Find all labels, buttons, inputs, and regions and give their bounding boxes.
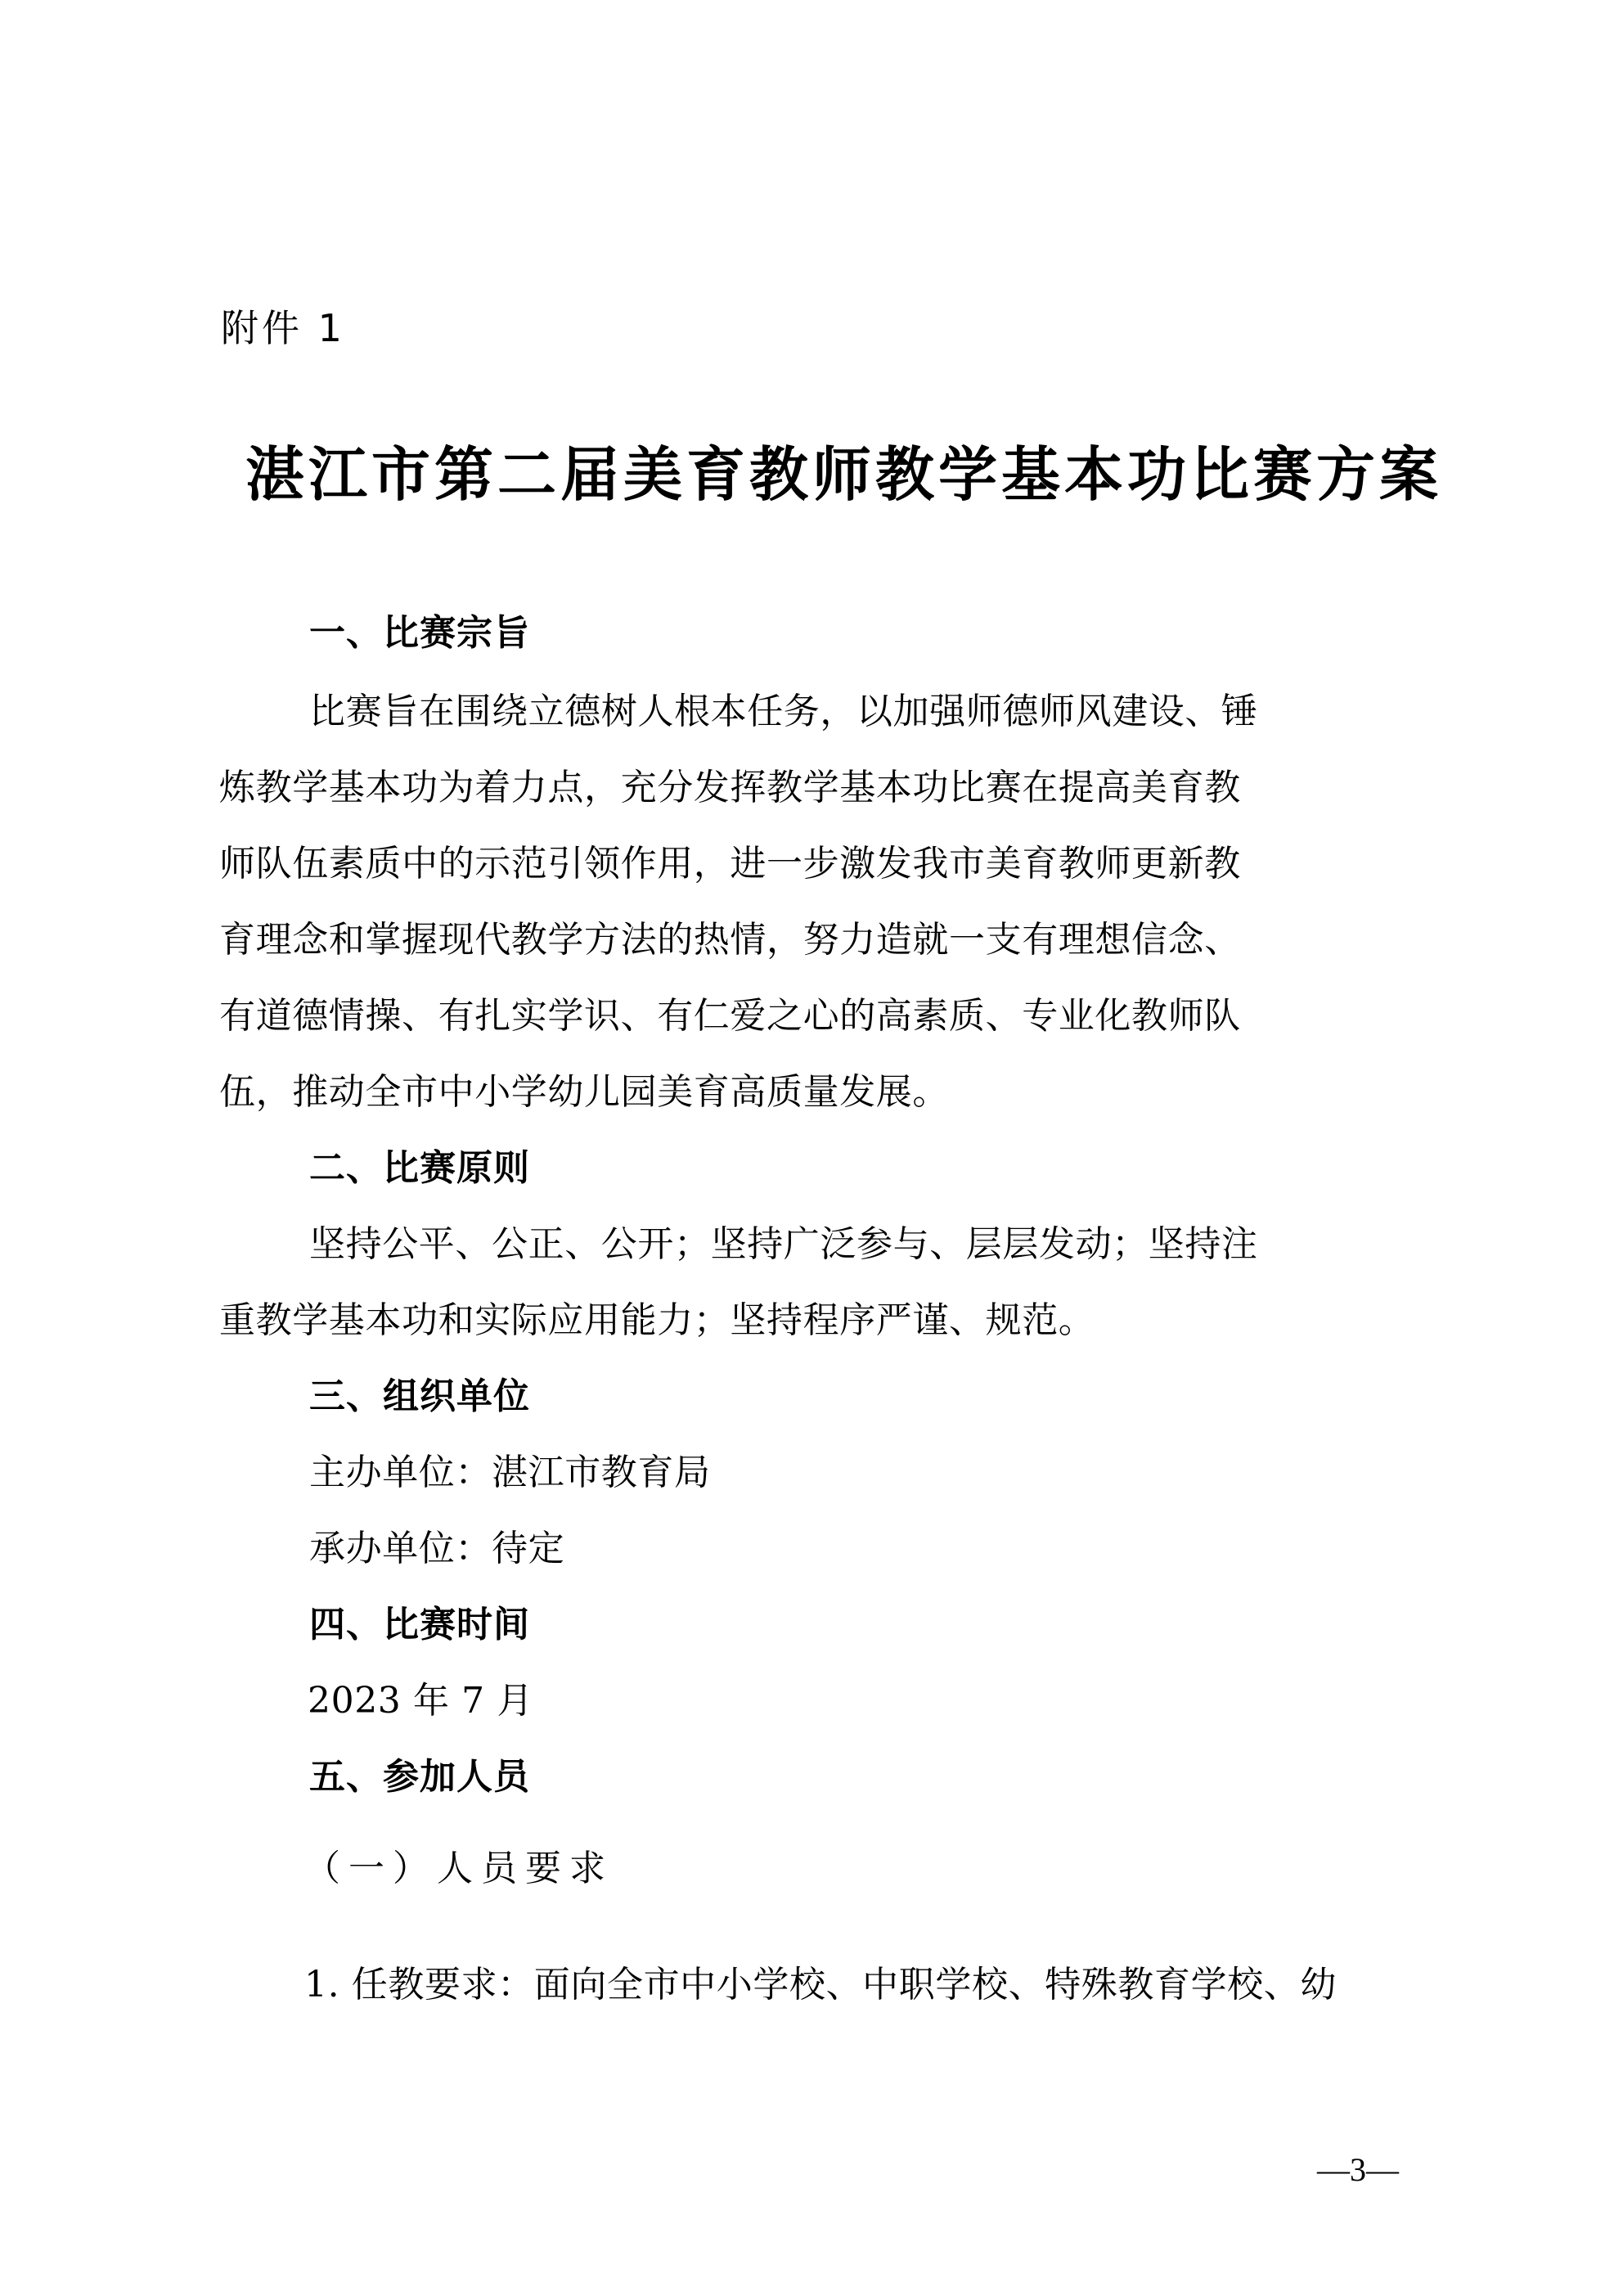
- section-heading-time: 四、比赛时间: [309, 1607, 530, 1643]
- organizer-host: 主办单位：湛江市教育局: [309, 1455, 711, 1491]
- document-title: 湛江市第二届美育教师教学基本功比赛方案: [245, 445, 1391, 504]
- document-page: 附件 1 湛江市第二届美育教师教学基本功比赛方案 一、比赛宗旨 比赛旨在围绕立德…: [0, 0, 1623, 2296]
- organizer-undertaker: 承办单位：待定: [309, 1531, 564, 1567]
- section-heading-participants: 五、参加人员: [309, 1759, 530, 1795]
- paragraph-line: 比赛旨在围绕立德树人根本任务，以加强师德师风建设、锤: [309, 694, 1258, 730]
- attachment-label: 附件 1: [221, 309, 345, 347]
- paragraph-line: 伍，推动全市中小学幼儿园美育高质量发展。: [219, 1074, 949, 1110]
- paragraph-line: 师队伍素质中的示范引领作用，进一步激发我市美育教师更新教: [219, 846, 1241, 882]
- section-heading-purpose: 一、比赛宗旨: [309, 615, 530, 651]
- section-heading-organizers: 三、组织单位: [309, 1379, 530, 1415]
- paragraph-line: 炼教学基本功为着力点，充分发挥教学基本功比赛在提高美育教: [219, 770, 1241, 806]
- subsection-heading-requirements: （一）人员要求: [304, 1851, 614, 1887]
- paragraph-line: 有道德情操、有扎实学识、有仁爱之心的高素质、专业化教师队: [219, 998, 1241, 1034]
- paragraph-line: 1. 任教要求：面向全市中小学校、中职学校、特殊教育学校、幼: [304, 1967, 1337, 2003]
- paragraph-line: 育理念和掌握现代教学方法的热情，努力造就一支有理想信念、: [219, 922, 1241, 958]
- page-number: —3—: [1317, 2154, 1399, 2186]
- paragraph-line: 坚持公平、公正、公开；坚持广泛参与、层层发动；坚持注: [309, 1227, 1258, 1263]
- section-heading-principles: 二、比赛原则: [309, 1150, 530, 1186]
- competition-date: 2023 年 7 月: [308, 1683, 533, 1719]
- paragraph-line: 重教学基本功和实际应用能力；坚持程序严谨、规范。: [219, 1303, 1095, 1339]
